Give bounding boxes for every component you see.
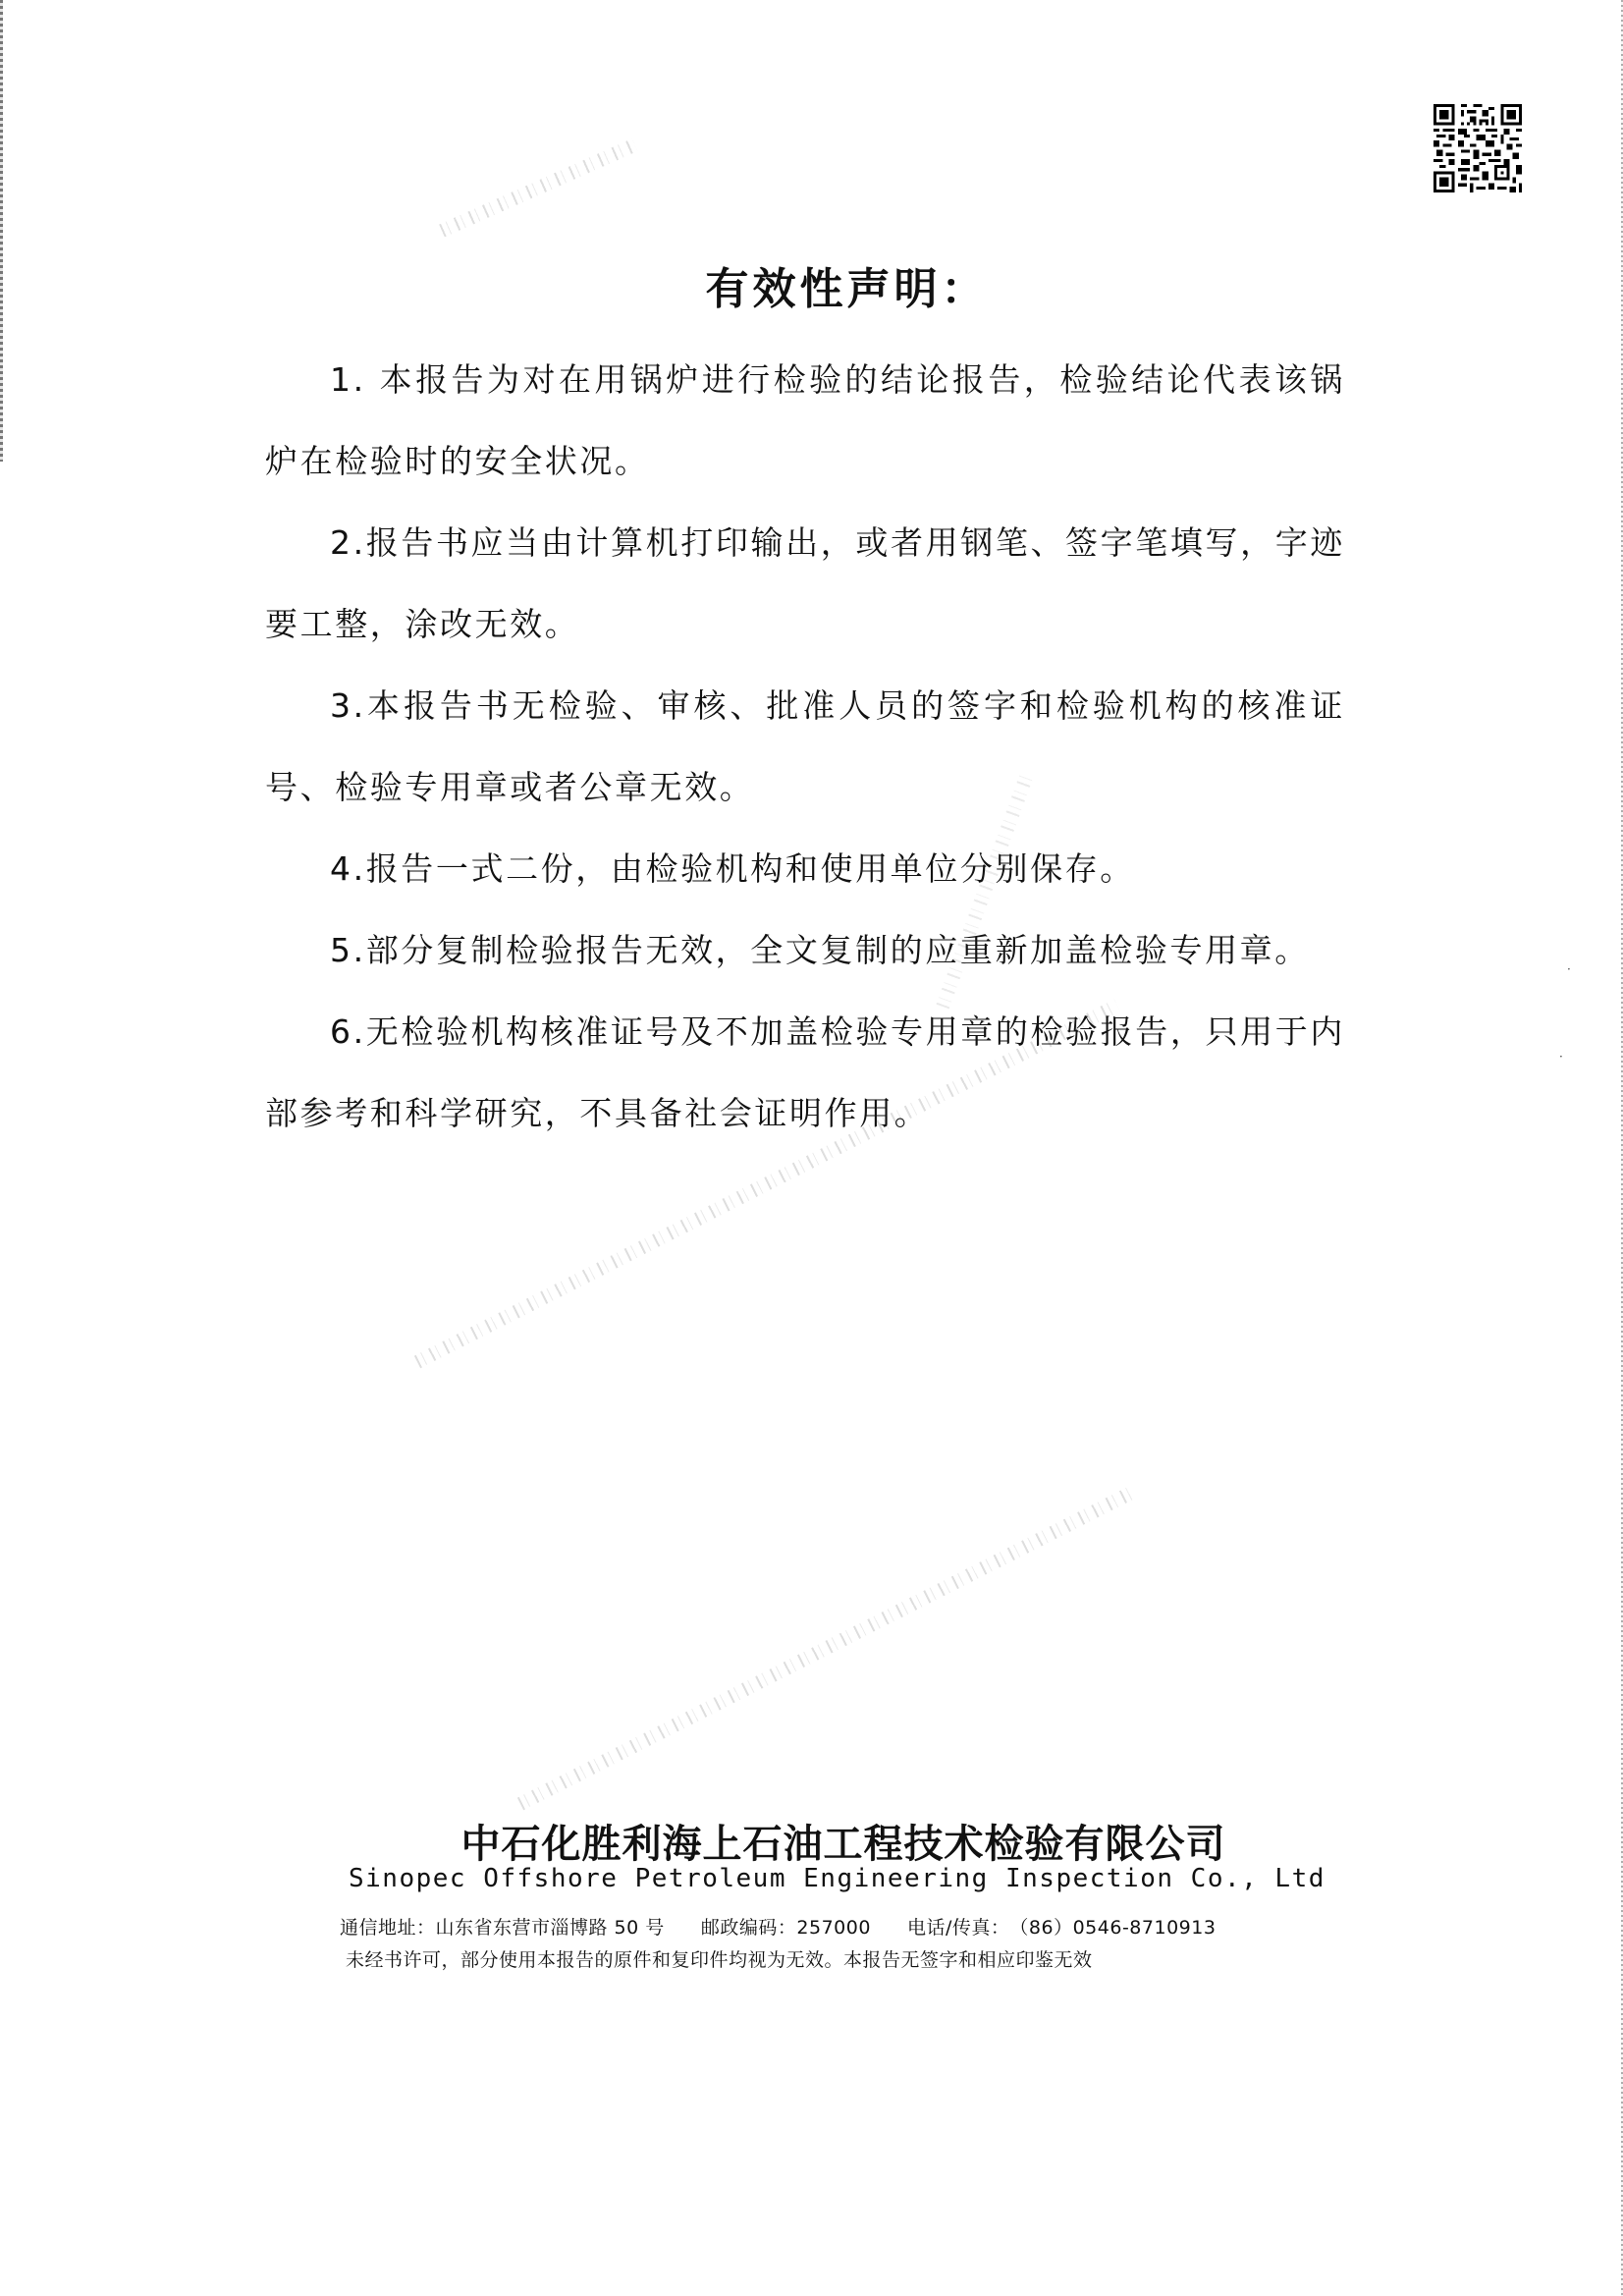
page-title: 有效性声明： [0, 253, 1623, 316]
scan-mark: · [1567, 965, 1573, 973]
statement-item: 3.本报告书无检验、审核、批准人员的签字和检验机构的核准证号、检验专用章或者公章… [265, 665, 1345, 828]
statement-item: 4.报告一式二份，由检验机构和使用单位分别保存。 [265, 828, 1345, 909]
phone-label: 电话/传真： [907, 1913, 1009, 1940]
document-page: · · [0, 0, 1623, 2296]
statement-text: 本报告书无检验、审核、批准人员的签字和检验机构的核准证号、检验专用章或者公章无效… [265, 686, 1345, 806]
postcode-value: 257000 [796, 1917, 871, 1939]
statement-text: 部分复制检验报告无效，全文复制的应重新加盖检验专用章。 [366, 931, 1310, 969]
statement-number: 5. [330, 931, 366, 969]
statement-number: 3. [330, 686, 366, 725]
scan-mark: · [1559, 1053, 1565, 1061]
statement-text: 本报告为对在用锅炉进行检验的结论报告，检验结论代表该锅炉在检验时的安全状况。 [265, 360, 1345, 480]
statement-number: 2. [330, 523, 366, 562]
address-value: 山东省东营市淄博路 50 号 [436, 1913, 665, 1940]
phone-value: （86）0546-8710913 [1009, 1913, 1216, 1940]
statement-number: 4. [330, 849, 366, 888]
contact-info: 通信地址：山东省东营市淄博路 50 号 邮政编码：257000 电话/传真：（8… [340, 1913, 1216, 1940]
statement-item: 1. 本报告为对在用锅炉进行检验的结论报告，检验结论代表该锅炉在检验时的安全状况… [265, 339, 1345, 502]
address-label: 通信地址： [340, 1913, 436, 1940]
scan-edge-left [0, 0, 3, 462]
statement-text: 报告一式二份，由检验机构和使用单位分别保存。 [366, 849, 1135, 888]
watermark [517, 1486, 1136, 1810]
validity-statement-list: 1. 本报告为对在用锅炉进行检验的结论报告，检验结论代表该锅炉在检验时的安全状况… [265, 339, 1345, 1154]
statement-text: 报告书应当由计算机打印输出，或者用钢笔、签字笔填写，字迹要工整，涂改无效。 [265, 523, 1345, 643]
company-name-cn: 中石化胜利海上石油工程技术检验有限公司 [0, 1813, 1623, 1869]
statement-item: 6.无检验机构核准证号及不加盖检验专用章的检验报告，只用于内部参考和科学研究，不… [265, 991, 1345, 1154]
company-name-en: Sinopec Offshore Petroleum Engineering I… [349, 1864, 1325, 1893]
statement-text: 无检验机构核准证号及不加盖检验专用章的检验报告，只用于内部参考和科学研究，不具备… [265, 1012, 1345, 1132]
statement-number: 1. [330, 360, 366, 399]
statement-item: 2.报告书应当由计算机打印输出，或者用钢笔、签字笔填写，字迹要工整，涂改无效。 [265, 502, 1345, 665]
watermark [439, 138, 637, 237]
statement-number: 6. [330, 1012, 366, 1051]
usage-notice: 未经书许可，部分使用本报告的原件和复印件均视为无效。本报告无签字和相应印鉴无效 [346, 1945, 1093, 1972]
statement-item: 5.部分复制检验报告无效，全文复制的应重新加盖检验专用章。 [265, 909, 1345, 991]
qr-code-icon [1434, 104, 1522, 192]
postcode-label: 邮政编码： [701, 1913, 797, 1940]
